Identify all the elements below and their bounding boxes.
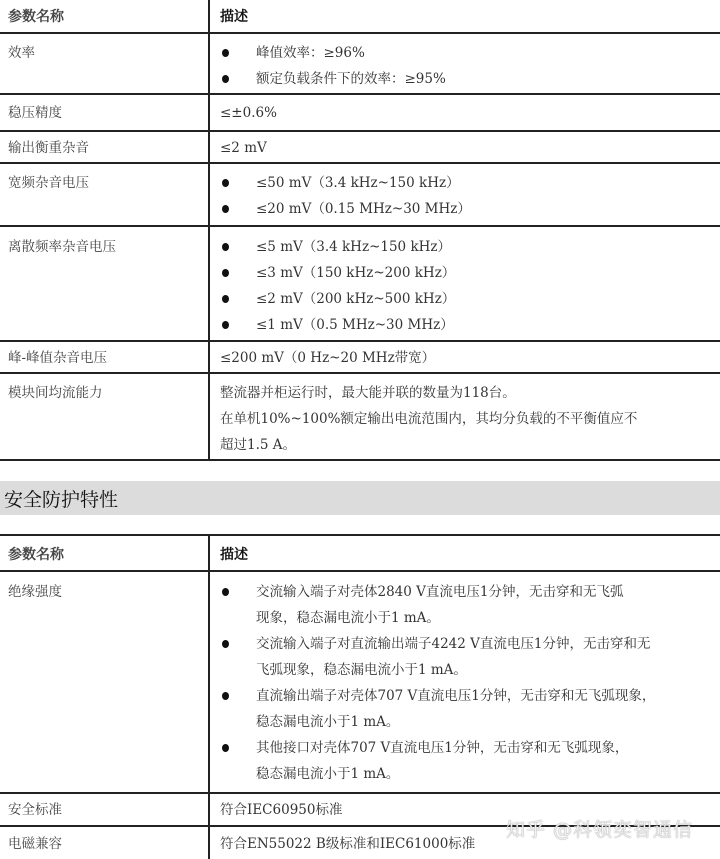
bullet-icon [222,588,229,596]
bullet-item: ≤1 mV（0.5 MHz~30 MHz） [220,312,720,338]
table-row: 宽频杂音电压 ≤50 mV（3.4 kHz~150 kHz） ≤20 mV（0.… [0,163,720,226]
bullet-icon [222,295,229,303]
param-name: 效率 [0,33,209,94]
bullet-item: 交流输入端子对直流输出端子4242 V直流电压1分钟，无击穿和无飞弧现象，稳态漏… [220,631,720,683]
bullet-icon [222,205,229,213]
section-banner: 安全防护特性 [0,481,720,515]
param-desc: ≤200 mV（0 Hz~20 MHz带宽） [209,341,720,373]
param-desc: ≤50 mV（3.4 kHz~150 kHz） ≤20 mV（0.15 MHz~… [209,163,720,226]
param-desc: ≤2 mV [209,131,720,163]
param-desc: 整流器并柜运行时，最大能并联的数量为118台。 在单机10%~100%额定输出电… [209,373,720,460]
table-header-row: 参数名称 描述 [0,0,720,33]
param-name: 电磁兼容 [0,826,209,859]
performance-spec-table: 参数名称 描述 效率 峰值效率：≥96% 额定负载条件下的效率：≥95% 稳压精… [0,0,720,461]
param-name: 输出衡重杂音 [0,131,209,163]
param-name: 绝缘强度 [0,571,209,793]
bullet-icon [222,75,229,83]
param-desc: ≤5 mV（3.4 kHz~150 kHz） ≤3 mV（150 kHz~200… [209,226,720,341]
param-name: 安全标准 [0,793,209,826]
bullet-item: ≤3 mV（150 kHz~200 kHz） [220,260,720,286]
bullet-icon [222,640,229,648]
column-header-desc: 描述 [209,535,720,571]
table-row: 稳压精度 ≤±0.6% [0,94,720,131]
bullet-icon [222,243,229,251]
table-header-row: 参数名称 描述 [0,535,720,571]
column-header-desc: 描述 [209,0,720,33]
table-row: 离散频率杂音电压 ≤5 mV（3.4 kHz~150 kHz） ≤3 mV（15… [0,226,720,341]
param-name: 模块间均流能力 [0,373,209,460]
bullet-item: ≤2 mV（200 kHz~500 kHz） [220,286,720,312]
bullet-icon [222,269,229,277]
bullet-icon [222,744,229,752]
safety-spec-table: 参数名称 描述 绝缘强度 交流输入端子对壳体2840 V直流电压1分钟，无击穿和… [0,534,720,859]
bullet-icon [222,49,229,57]
param-name: 宽频杂音电压 [0,163,209,226]
column-header-name: 参数名称 [0,535,209,571]
table-row: 输出衡重杂音 ≤2 mV [0,131,720,163]
param-name: 离散频率杂音电压 [0,226,209,341]
table-row: 效率 峰值效率：≥96% 额定负载条件下的效率：≥95% [0,33,720,94]
bullet-item: 直流输出端子对壳体707 V直流电压1分钟，无击穿和无飞弧现象，稳态漏电流小于1… [220,683,720,735]
section-title: 安全防护特性 [4,485,118,512]
table-row: 模块间均流能力 整流器并柜运行时，最大能并联的数量为118台。 在单机10%~1… [0,373,720,460]
bullet-item: ≤20 mV（0.15 MHz~30 MHz） [220,196,720,222]
param-desc: 交流输入端子对壳体2840 V直流电压1分钟，无击穿和无飞弧现象，稳态漏电流小于… [209,571,720,793]
bullet-item: ≤50 mV（3.4 kHz~150 kHz） [220,170,720,196]
column-header-name: 参数名称 [0,0,209,33]
param-name: 稳压精度 [0,94,209,131]
param-desc: ≤±0.6% [209,94,720,131]
bullet-icon [222,321,229,329]
param-desc: 峰值效率：≥96% 额定负载条件下的效率：≥95% [209,33,720,94]
table-row: 绝缘强度 交流输入端子对壳体2840 V直流电压1分钟，无击穿和无飞弧现象，稳态… [0,571,720,793]
bullet-item: ≤5 mV（3.4 kHz~150 kHz） [220,234,720,260]
bullet-icon [222,179,229,187]
bullet-item: 额定负载条件下的效率：≥95% [220,66,720,92]
table-row: 峰-峰值杂音电压 ≤200 mV（0 Hz~20 MHz带宽） [0,341,720,373]
watermark: 知乎 @科领奕智通信 [506,815,693,842]
bullet-icon [222,692,229,700]
param-name: 峰-峰值杂音电压 [0,341,209,373]
bullet-item: 交流输入端子对壳体2840 V直流电压1分钟，无击穿和无飞弧现象，稳态漏电流小于… [220,579,720,631]
bullet-item: 峰值效率：≥96% [220,40,720,66]
bullet-item: 其他接口对壳体707 V直流电压1分钟，无击穿和无飞弧现象，稳态漏电流小于1 m… [220,735,720,787]
